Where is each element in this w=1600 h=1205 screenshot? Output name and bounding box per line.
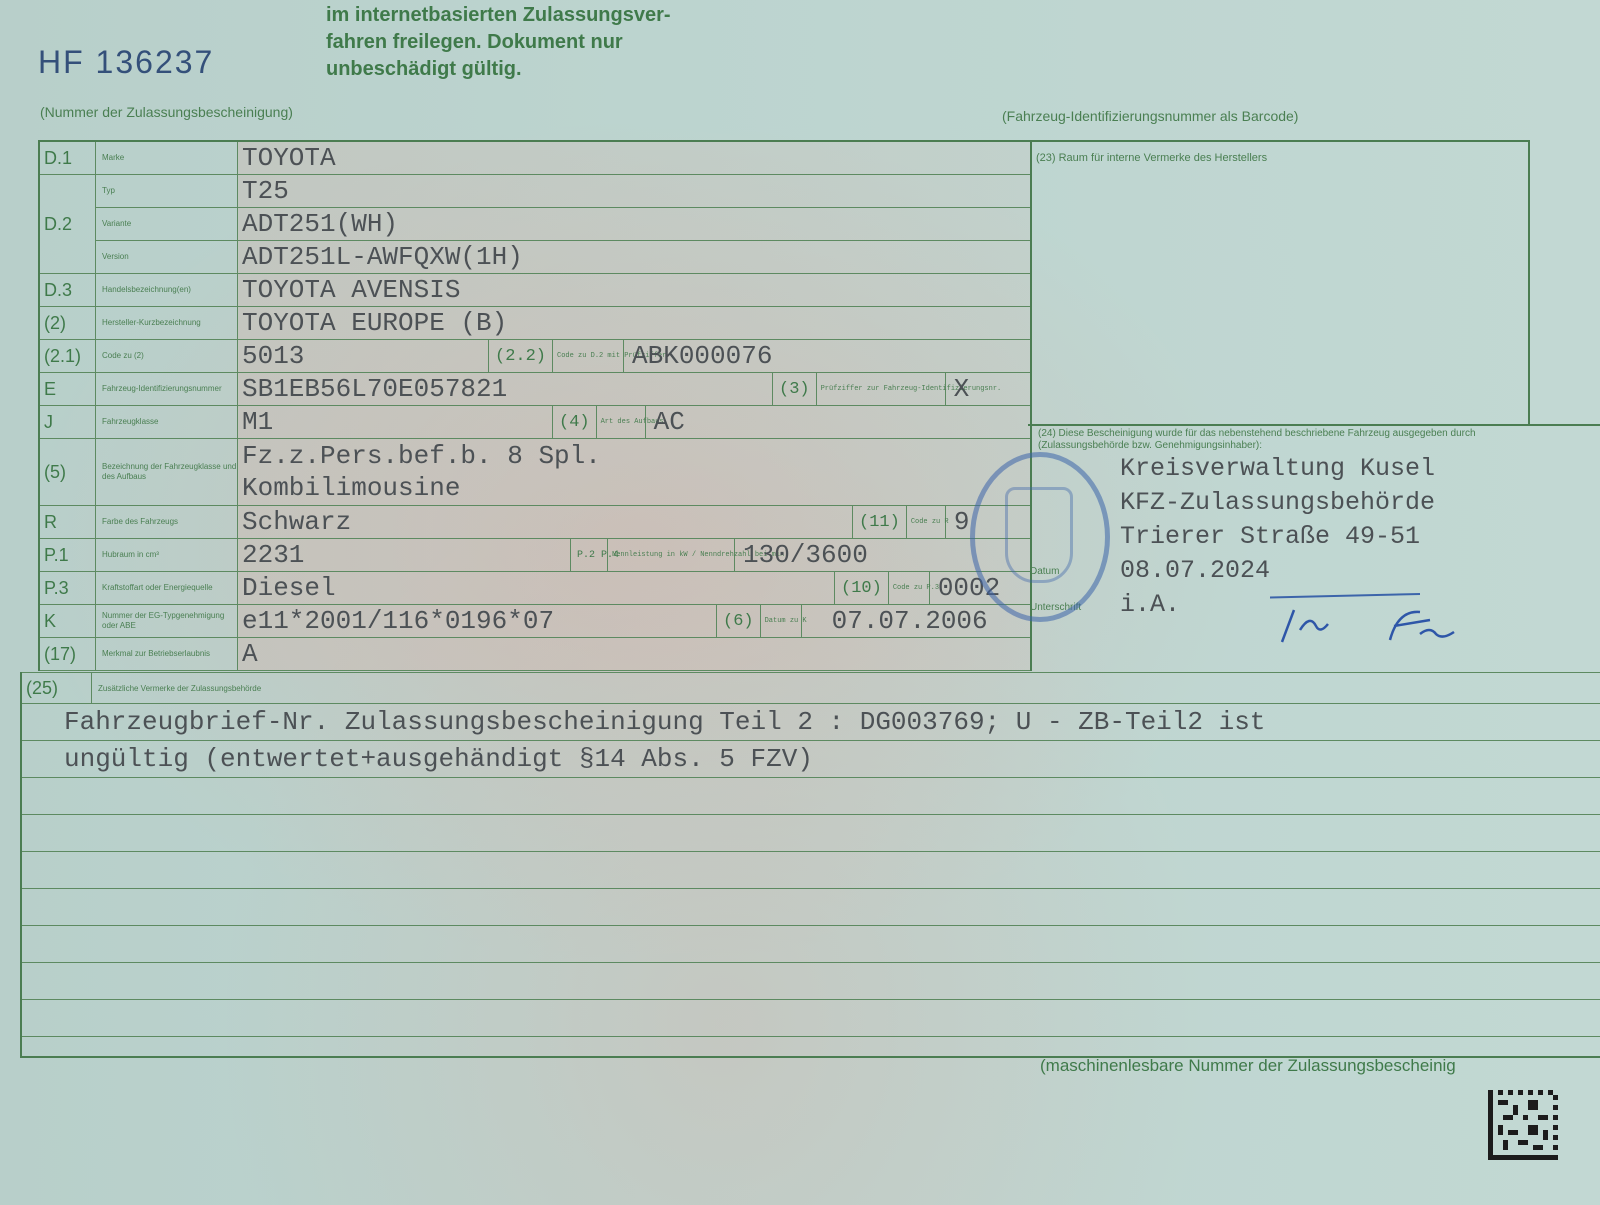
field-label: Hubraum in cm³ bbox=[96, 539, 238, 571]
certificate-number-caption: (Nummer der Zulassungsbescheinigung) bbox=[40, 104, 293, 120]
field-value: Diesel bbox=[242, 573, 336, 603]
field-value: Fz.z.Pers.bef.b. 8 Spl. bbox=[242, 440, 601, 472]
field-2: (2) Hersteller-Kurzbezeichnung TOYOTA EU… bbox=[40, 307, 1030, 340]
issuer-line: Kreisverwaltung Kusel bbox=[1120, 452, 1435, 486]
field-3: (3) Prüfziffer zur Fahrzeug-Identifizier… bbox=[772, 373, 969, 405]
field-code: (2.1) bbox=[40, 340, 96, 372]
remark-line bbox=[22, 889, 1600, 926]
field-j: J Fahrzeugklasse M1 (4) Art des Aufbaus … bbox=[40, 406, 1030, 439]
field-d2-version: Version ADT251L-AWFQXW(1H) bbox=[96, 241, 1030, 273]
field-e: E Fahrzeug-Identifizierungsnummer SB1EB5… bbox=[40, 373, 1030, 406]
field-code: D.2 bbox=[40, 175, 96, 273]
field-k: K Nummer der EG-Typgenehmigung oder ABE … bbox=[40, 605, 1030, 638]
field-code: J bbox=[40, 406, 96, 438]
remarks-section: (25) Zusätzliche Vermerke der Zulassungs… bbox=[20, 672, 1600, 1058]
field-label: Prüfziffer zur Fahrzeug-Identifizierungs… bbox=[817, 373, 946, 405]
field-label: Hersteller-Kurzbezeichnung bbox=[96, 307, 238, 339]
field-value-wrap: e11*2001/116*0196*07 (6) Datum zu K 07.0… bbox=[238, 605, 1030, 637]
field-label: Fahrzeugklasse bbox=[96, 406, 238, 438]
field-label: Version bbox=[96, 241, 238, 273]
remark-line bbox=[22, 815, 1600, 852]
field-value: TOYOTA AVENSIS bbox=[238, 274, 1030, 306]
field-label: Merkmal zur Betriebserlaubnis bbox=[96, 638, 238, 670]
field-label: Bezeichnung der Fahrzeugklasse und des A… bbox=[96, 439, 238, 505]
field-value: M1 bbox=[242, 407, 273, 437]
field-value: ADT251(WH) bbox=[238, 208, 1030, 240]
field-code: (6) bbox=[717, 605, 761, 637]
certificate-number: HF 136237 bbox=[38, 44, 214, 81]
coat-of-arms-icon bbox=[1005, 487, 1073, 583]
remarks-header: (25) Zusätzliche Vermerke der Zulassungs… bbox=[22, 672, 1600, 704]
field-code: E bbox=[40, 373, 96, 405]
signature-prefix: i.A. bbox=[1120, 590, 1180, 619]
datamatrix-barcode-icon bbox=[1488, 1090, 1558, 1160]
field-17: (17) Merkmal zur Betriebserlaubnis A bbox=[40, 638, 1030, 671]
field-value: 2231 bbox=[242, 540, 304, 570]
field-value: 07.07.2006 bbox=[802, 606, 988, 636]
issuer-line: Trierer Straße 49-51 bbox=[1120, 520, 1435, 554]
issuer-line: KFZ-Zulassungsbehörde bbox=[1120, 486, 1435, 520]
notice-line: im internetbasierten Zulassungsver- bbox=[326, 2, 671, 29]
field-label: Fahrzeug-Identifizierungsnummer bbox=[96, 373, 238, 405]
field-code: (2.2) bbox=[489, 340, 553, 372]
remark-line bbox=[22, 926, 1600, 963]
official-seal-stamp bbox=[970, 452, 1110, 622]
field-p3: P.3 Kraftstoffart oder Energiequelle Die… bbox=[40, 572, 1030, 605]
field-code: D.1 bbox=[40, 142, 96, 174]
issuer-caption: (24) Diese Bescheinigung wurde für das n… bbox=[1028, 426, 1538, 452]
remark-line bbox=[22, 778, 1600, 815]
field-label: Farbe des Fahrzeugs bbox=[96, 506, 238, 538]
field-label: Typ bbox=[96, 175, 238, 207]
field-value-wrap: SB1EB56L70E057821 (3) Prüfziffer zur Fah… bbox=[238, 373, 1030, 405]
field-code: (2) bbox=[40, 307, 96, 339]
notice-line: fahren freilegen. Dokument nur bbox=[326, 29, 671, 56]
field-label: Datum zu K bbox=[761, 605, 802, 637]
field-code: R bbox=[40, 506, 96, 538]
field-d2: D.2 Typ T25 Variante ADT251(WH) Version … bbox=[40, 175, 1030, 274]
field-11: (11) Code zu R 9 bbox=[852, 506, 969, 538]
field-4: (4) Art des Aufbaus AC bbox=[552, 406, 685, 438]
field-label: Nennleistung in kW / Nenndrehzahl bei mi… bbox=[608, 539, 735, 571]
field-code: (11) bbox=[853, 506, 907, 538]
field-value: Schwarz bbox=[242, 507, 351, 537]
field-code: P.3 bbox=[40, 572, 96, 604]
field-value: ADT251L-AWFQXW(1H) bbox=[238, 241, 1030, 273]
validity-notice: im internetbasierten Zulassungsver- fahr… bbox=[326, 2, 671, 83]
signature-icon bbox=[1270, 590, 1470, 650]
field-value: SB1EB56L70E057821 bbox=[242, 374, 507, 404]
field-code: (4) bbox=[553, 406, 597, 438]
field-value: T25 bbox=[238, 175, 1030, 207]
field-value: A bbox=[238, 638, 1030, 670]
manufacturer-notes-caption: (23) Raum für interne Vermerke des Herst… bbox=[1028, 142, 1528, 164]
field-label: Code zu D.2 mit Prüfziffer bbox=[553, 340, 624, 372]
field-d2-variant: Variante ADT251(WH) bbox=[96, 208, 1030, 241]
remark-line bbox=[22, 852, 1600, 889]
field-value: 130/3600 bbox=[735, 540, 868, 570]
field-10: (10) Code zu P.3 0002 bbox=[834, 572, 1000, 604]
field-2-1: (2.1) Code zu (2) 5013 (2.2) Code zu D.2… bbox=[40, 340, 1030, 373]
field-code: (10) bbox=[835, 572, 889, 604]
remark-line bbox=[22, 1000, 1600, 1037]
field-code: (25) bbox=[22, 673, 92, 703]
field-value: X bbox=[946, 374, 970, 404]
field-label: Nummer der EG-Typgenehmigung oder ABE bbox=[96, 605, 238, 637]
field-value: TOYOTA bbox=[238, 142, 1030, 174]
field-value-wrap: M1 (4) Art des Aufbaus AC bbox=[238, 406, 1030, 438]
machine-readable-caption: (maschinenlesbare Nummer der Zulassungsb… bbox=[1040, 1056, 1456, 1076]
field-p1: P.1 Hubraum in cm³ 2231 P.2 P.4 Nennleis… bbox=[40, 539, 1030, 572]
field-value: 9 bbox=[946, 507, 970, 537]
vehicle-data-grid: D.1 Marke TOYOTA D.2 Typ T25 Variante AD… bbox=[38, 140, 1032, 671]
field-value: e11*2001/116*0196*07 bbox=[242, 606, 554, 636]
notice-line: unbeschädigt gültig. bbox=[326, 56, 671, 83]
manufacturer-notes-box: (23) Raum für interne Vermerke des Herst… bbox=[1028, 140, 1530, 426]
field-r: R Farbe des Fahrzeugs Schwarz (11) Code … bbox=[40, 506, 1030, 539]
field-value: ABK000076 bbox=[624, 341, 772, 371]
field-label: Handelsbezeichnung(en) bbox=[96, 274, 238, 306]
field-value: AC bbox=[646, 407, 685, 437]
field-label: Variante bbox=[96, 208, 238, 240]
field-d3: D.3 Handelsbezeichnung(en) TOYOTA AVENSI… bbox=[40, 274, 1030, 307]
registration-certificate: im internetbasierten Zulassungsver- fahr… bbox=[0, 0, 1600, 1205]
field-value: TOYOTA EUROPE (B) bbox=[238, 307, 1030, 339]
field-code: K bbox=[40, 605, 96, 637]
field-p2-p4: P.2 P.4 Nennleistung in kW / Nenndrehzah… bbox=[570, 539, 868, 571]
field-code: (17) bbox=[40, 638, 96, 670]
field-d2-type: Typ T25 bbox=[96, 175, 1030, 208]
field-code: P.2 P.4 bbox=[571, 539, 608, 571]
field-d1: D.1 Marke TOYOTA bbox=[40, 142, 1030, 175]
field-value-wrap: Schwarz (11) Code zu R 9 bbox=[238, 506, 1030, 538]
field-label: Marke bbox=[96, 142, 238, 174]
field-label: Code zu R bbox=[907, 506, 946, 538]
remark-line: ungültig (entwertet+ausgehändigt §14 Abs… bbox=[22, 741, 1600, 778]
field-code: P.1 bbox=[40, 539, 96, 571]
field-2-2: (2.2) Code zu D.2 mit Prüfziffer ABK0000… bbox=[488, 340, 772, 372]
field-label: Code zu (2) bbox=[96, 340, 238, 372]
field-6: (6) Datum zu K 07.07.2006 bbox=[716, 605, 988, 637]
field-value: 5013 bbox=[242, 341, 304, 371]
field-label: Code zu P.3 bbox=[889, 572, 930, 604]
field-value-wrap: Fz.z.Pers.bef.b. 8 Spl. Kombilimousine bbox=[238, 439, 1030, 505]
field-value-wrap: 2231 P.2 P.4 Nennleistung in kW / Nenndr… bbox=[238, 539, 1030, 571]
field-5: (5) Bezeichnung der Fahrzeugklasse und d… bbox=[40, 439, 1030, 506]
field-value-wrap: 5013 (2.2) Code zu D.2 mit Prüfziffer AB… bbox=[238, 340, 1030, 372]
field-code: (3) bbox=[773, 373, 817, 405]
field-code: D.3 bbox=[40, 274, 96, 306]
field-label: Kraftstoffart oder Energiequelle bbox=[96, 572, 238, 604]
field-value-wrap: Diesel (10) Code zu P.3 0002 bbox=[238, 572, 1030, 604]
field-label: Art des Aufbaus bbox=[597, 406, 646, 438]
field-code: (5) bbox=[40, 439, 96, 505]
remark-line bbox=[22, 963, 1600, 1000]
field-value: Kombilimousine bbox=[242, 472, 460, 504]
remark-line: Fahrzeugbrief-Nr. Zulassungsbescheinigun… bbox=[22, 704, 1600, 741]
vin-barcode-caption: (Fahrzeug-Identifizierungsnummer als Bar… bbox=[1002, 108, 1298, 124]
field-label: Zusätzliche Vermerke der Zulassungsbehör… bbox=[92, 684, 261, 693]
issuer-address: Kreisverwaltung Kusel KFZ-Zulassungsbehö… bbox=[1120, 452, 1435, 588]
issue-date: 08.07.2024 bbox=[1120, 554, 1435, 588]
